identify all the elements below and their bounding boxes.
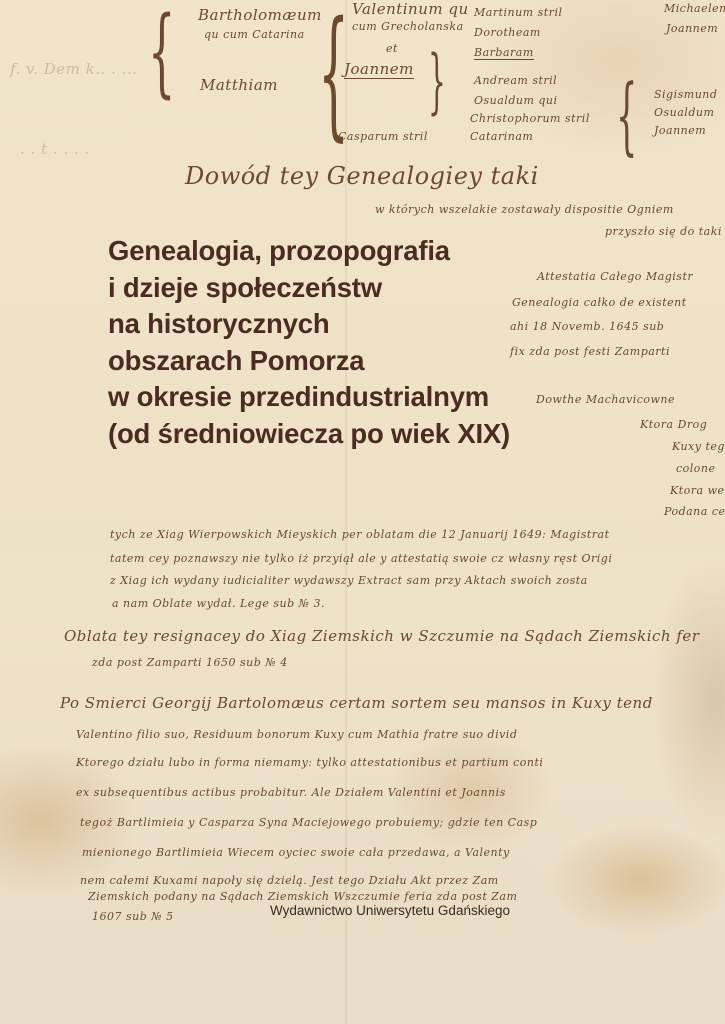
- genealogy-name: Dorotheam: [474, 26, 541, 39]
- manuscript-line: Genealogia całko de existent: [512, 296, 687, 309]
- manuscript-line: w których wszelakie zostawały dispositie…: [375, 203, 674, 216]
- genealogy-name: Andream stril: [474, 74, 557, 87]
- tree-brace: {: [148, 0, 175, 108]
- genealogy-name: Catarinam: [470, 130, 533, 143]
- manuscript-line: Kuxy teg: [672, 440, 725, 453]
- manuscript-line: Dowthe Machavicowne: [536, 393, 675, 406]
- genealogy-name: Barbaram: [474, 46, 534, 60]
- genealogy-name: Valentinum qu: [352, 0, 469, 18]
- genealogy-name: cum Grecholanska: [352, 20, 464, 33]
- genealogy-name: Martinum stril: [474, 6, 562, 19]
- manuscript-line: tych ze Xiag Wierpowskich Mieyskich per …: [110, 528, 610, 541]
- manuscript-line: colone: [676, 462, 716, 475]
- manuscript-line: tegoż Bartlimieia y Casparza Syna Maciej…: [80, 816, 537, 829]
- manuscript-line: zda post Zamparti 1650 sub № 4: [92, 656, 288, 669]
- manuscript-line: nem całemi Kuxami napoły się dzielą. Jes…: [80, 874, 499, 887]
- manuscript-line: Valentino filio suo, Residuum bonorum Ku…: [76, 728, 517, 741]
- manuscript-line: ahi 18 Novemb. 1645 sub: [510, 320, 664, 333]
- manuscript-line: Po Smierci Georgij Bartolomæus certam so…: [60, 694, 653, 712]
- genealogy-name: Joannem: [654, 124, 706, 137]
- title-line: obszarach Pomorza: [108, 343, 510, 380]
- manuscript-line: z Xiag ich wydany iudicialiter wydawszy …: [110, 574, 588, 587]
- manuscript-line: Oblata tey resignacey do Xiag Ziemskich …: [64, 627, 699, 645]
- manuscript-line: ex subsequentibus actibus probabitur. Al…: [76, 786, 506, 799]
- manuscript-line: Ziemskich podany na Sądach Ziemskich Wsz…: [88, 890, 517, 903]
- genealogy-name: Michaelem: [664, 2, 725, 15]
- genealogy-name: Osualdum: [654, 106, 714, 119]
- manuscript-line: a nam Oblate wydał. Lege sub № 3.: [112, 597, 325, 610]
- title-line: i dzieje społeczeństw: [108, 270, 510, 307]
- tree-brace: {: [616, 66, 637, 164]
- title-line: Genealogia, prozopografia: [108, 233, 510, 270]
- genealogy-name: Joannem: [344, 60, 414, 79]
- title-line: na historycznych: [108, 306, 510, 343]
- genealogy-name: Casparum stril: [338, 130, 428, 143]
- manuscript-line: fix zda post festi Zamparti: [510, 345, 670, 358]
- manuscript-line: Ktora Drog: [640, 418, 707, 431]
- genealogy-name: Sigismund: [654, 88, 717, 101]
- manuscript-line: Ktorego działu lubo in forma niemamy: ty…: [76, 756, 543, 769]
- genealogy-name: Christophorum stril: [470, 112, 590, 125]
- genealogy-name: Osualdum qui: [474, 94, 558, 107]
- genealogy-name: Joannem: [666, 22, 718, 35]
- manuscript-line: Ktora we: [670, 484, 725, 497]
- genealogy-name: Matthiam: [200, 76, 278, 94]
- genealogy-name: Bartholomæum: [198, 6, 322, 24]
- title-line: w okresie przedindustrialnym: [108, 379, 510, 416]
- bleed-through-text: f. v. Dem k.. . ...: [10, 60, 137, 78]
- genealogy-name: et: [386, 42, 398, 55]
- manuscript-line: mienionego Bartlimieia Wiecem oyciec swo…: [82, 846, 510, 859]
- publisher-name: Wydawnictwo Uniwersytetu Gdańskiego: [270, 903, 510, 918]
- manuscript-heading: Dowód tey Genealogiey taki: [185, 162, 539, 190]
- manuscript-line: przyszło się do taki: [605, 225, 722, 238]
- manuscript-line: Attestatia Całego Magistr: [537, 270, 693, 283]
- bleed-through-text: . . t . . . .: [20, 140, 90, 158]
- manuscript-line: 1607 sub № 5: [92, 910, 174, 923]
- genealogy-name: qu cum Catarina: [204, 28, 305, 41]
- tree-brace: }: [428, 40, 446, 122]
- manuscript-line: Podana ceri: [664, 505, 725, 518]
- book-title: Genealogia, prozopografia i dzieje społe…: [108, 233, 510, 452]
- manuscript-line: tatem cey poznawszy nie tylko iż przyiął…: [110, 552, 612, 565]
- title-line: (od średniowiecza po wiek XIX): [108, 416, 510, 453]
